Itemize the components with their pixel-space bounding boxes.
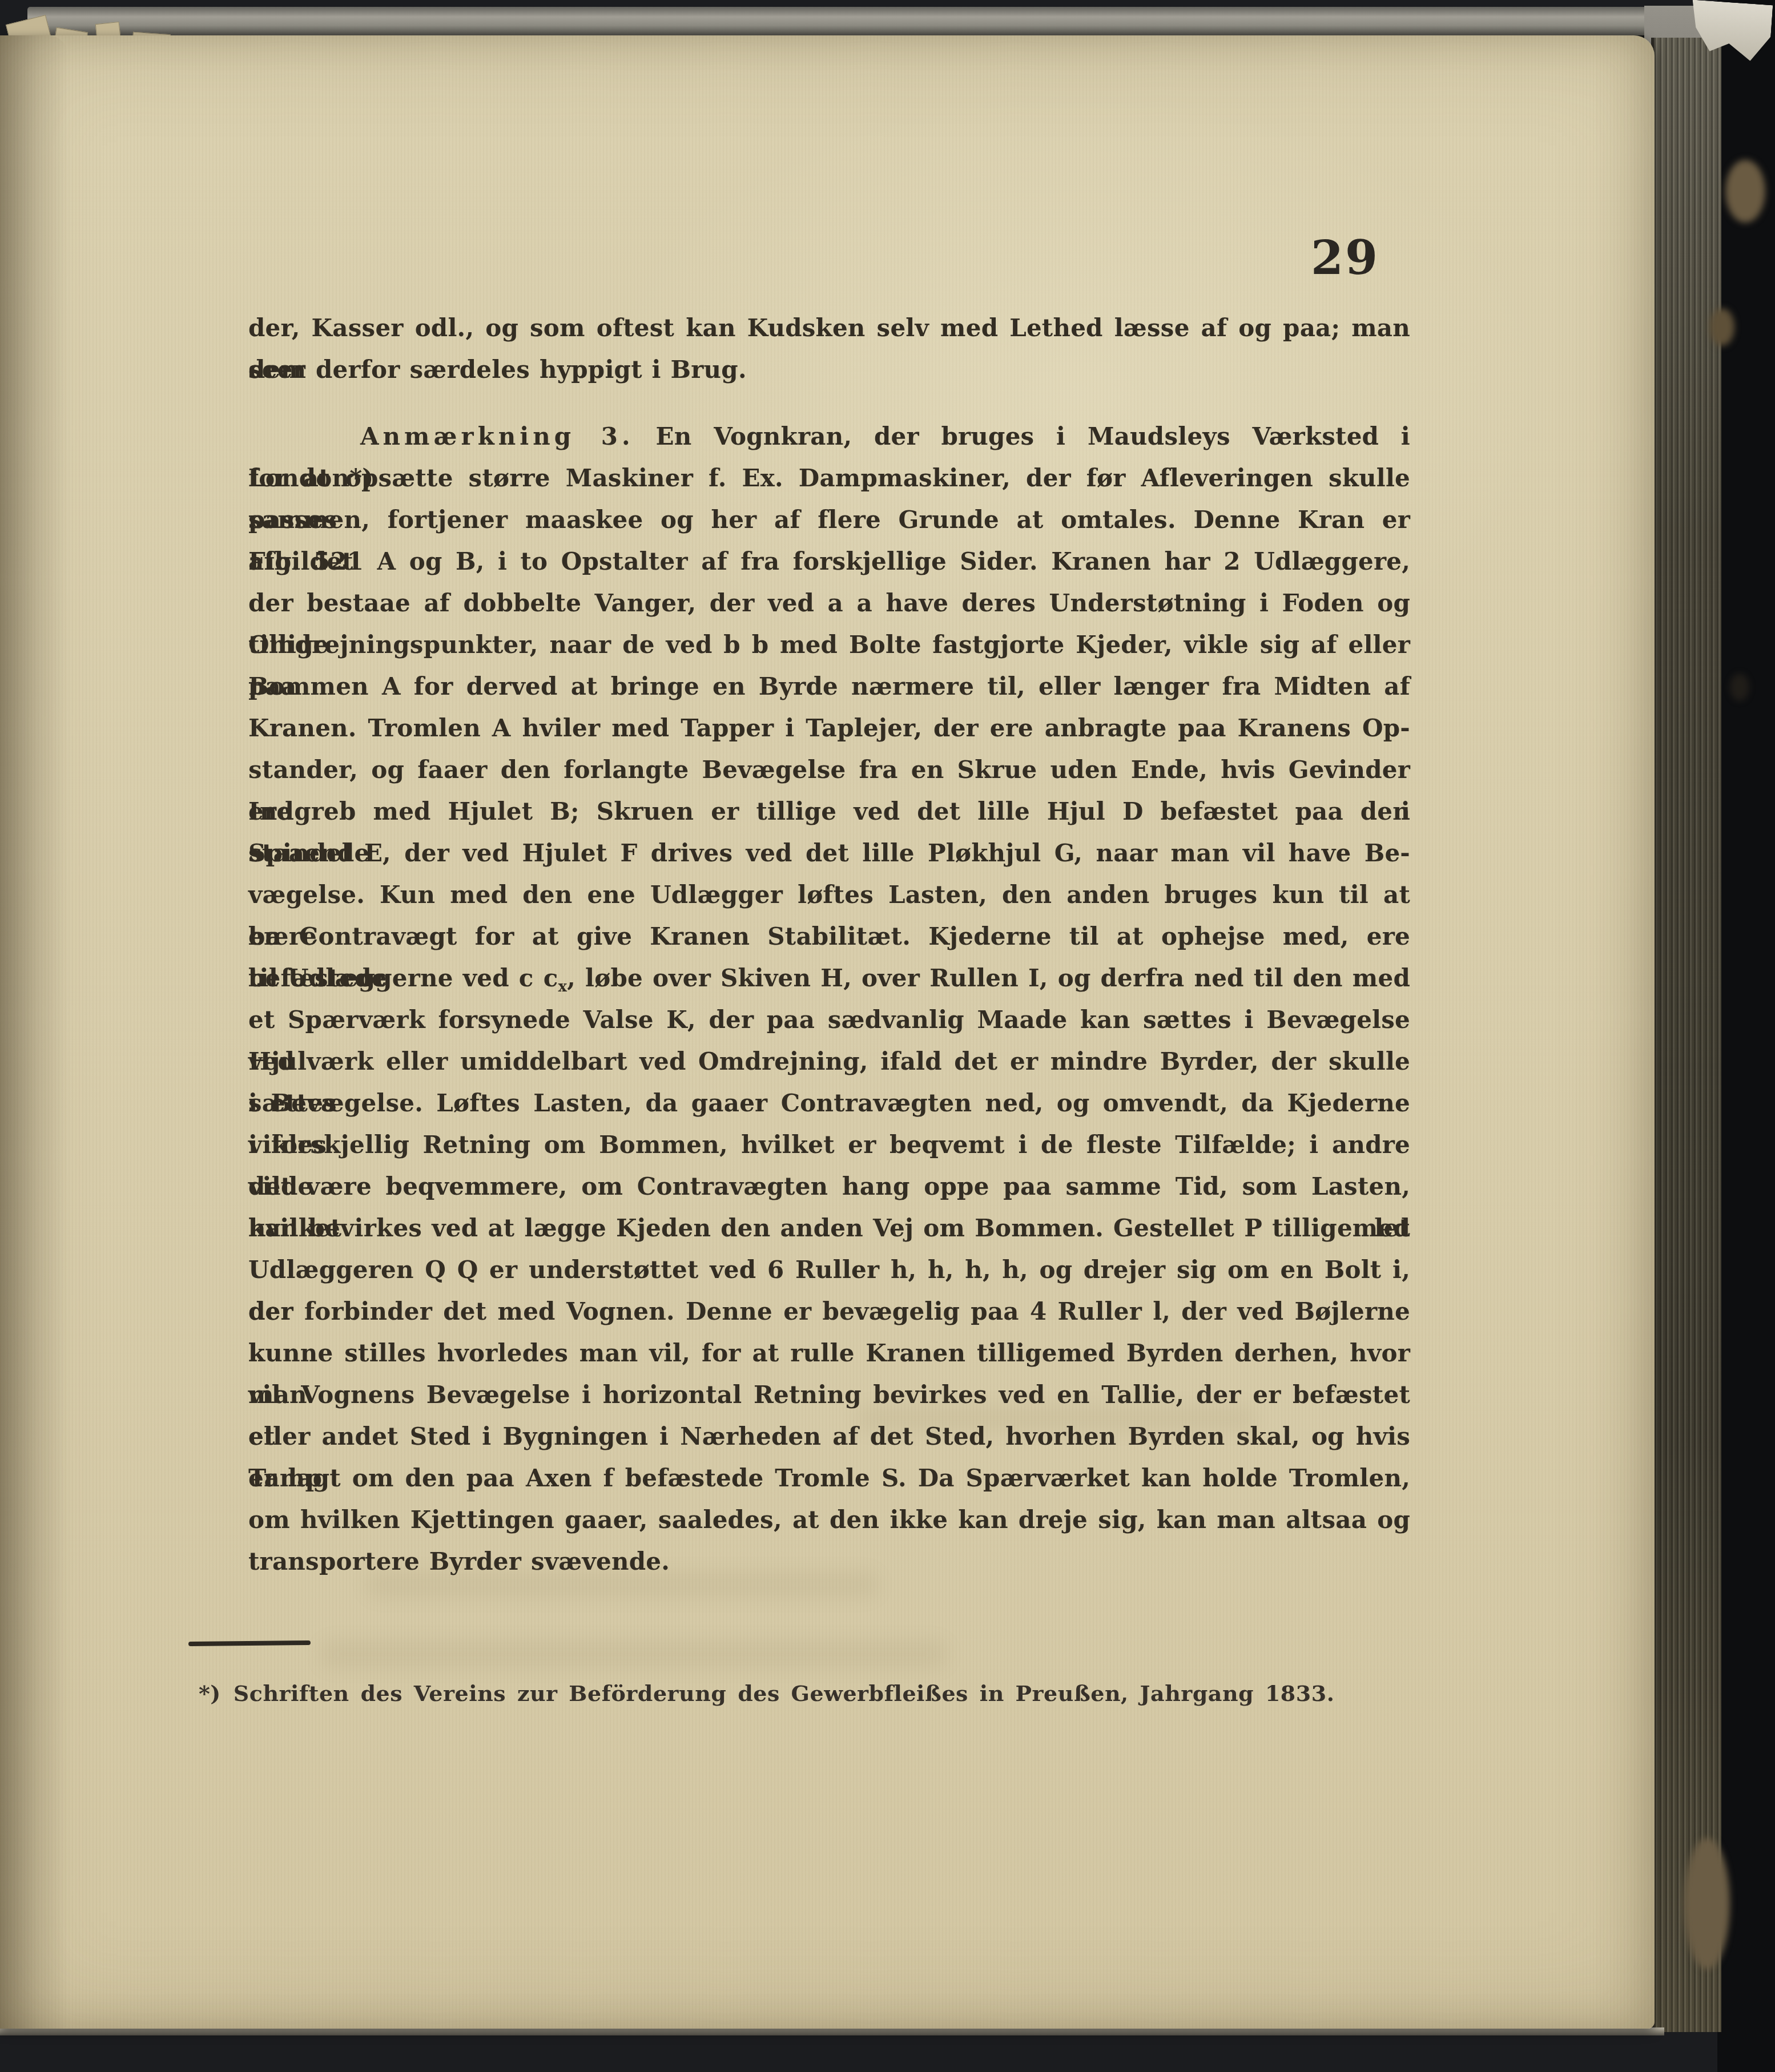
text-line: Spindel E, der ved Hjulet F drives ved d… [248, 832, 1410, 874]
text-line: Omdrejningspunkter, naar de ved b b med … [248, 624, 1410, 666]
text-line: vil. Vognens Bevægelse i horizontal Retn… [248, 1374, 1410, 1416]
text-line: et Spærværk forsynede Valse K, der paa s… [248, 999, 1410, 1041]
paragraph-heading-line: Anmærkning 3.En Vognkran, der bruges i M… [248, 416, 1410, 457]
book-page: 29 der, Kasser odl., og som oftest kan K… [0, 35, 1655, 2029]
page-number: 29 [1311, 231, 1396, 285]
stain [1725, 160, 1765, 223]
text-line: Bommen A for derved at bringe en Byrde n… [248, 666, 1410, 707]
text-span: , løbe over Skiven H, over Rullen I, og … [567, 964, 1410, 992]
text-line: stander, og faaer den forlangte Bevægels… [248, 749, 1410, 791]
text-line: Udlæggeren Q Q er understøttet ved 6 Rul… [248, 1249, 1410, 1291]
text-block: der, Kasser odl., og som oftest kan Kuds… [248, 307, 1410, 1582]
stain [1709, 308, 1734, 346]
footnote: *)Schriften des Vereins zur Beförderung … [199, 1677, 1398, 1710]
text-line: Fig. 521 A og B, i to Opstalter af fra f… [248, 541, 1410, 582]
text-line: transportere Byrder svævende. [248, 1541, 1410, 1582]
text-line: er lagt om den paa Axen f befæstede Trom… [248, 1457, 1410, 1499]
text-line: der forbinder det med Vognen. Denne er b… [248, 1291, 1410, 1332]
text-line: i Bevægelse. Løftes Lasten, da gaaer Con… [248, 1082, 1410, 1124]
footnote-marker: *) [199, 1680, 221, 1706]
text-line: det være beqvemmere, om Contravægten han… [248, 1166, 1410, 1207]
subscript-reference-letter: x [558, 978, 567, 995]
text-line: kunne stilles hvorledes man vil, for at … [248, 1332, 1410, 1374]
show-through [320, 1639, 948, 1669]
text-line: til Udlæggerne ved c cx, løbe over Skive… [248, 957, 1410, 999]
footnote-separator-rule [188, 1640, 311, 1646]
text-line: Hjulværk eller umiddelbart ved Omdrejnin… [248, 1041, 1410, 1082]
text-line: en Contravægt for at give Kranen Stabili… [248, 916, 1410, 957]
text-line: Indgreb med Hjulet B; Skruen er tillige … [248, 791, 1410, 832]
paragraph-gap [248, 390, 1410, 416]
text-line: Kranen. Tromlen A hviler med Tapper i Ta… [248, 707, 1410, 749]
text-line: der bestaae af dobbelte Vanger, der ved … [248, 582, 1410, 624]
text-line: eller andet Sted i Bygningen i Nærheden … [248, 1416, 1410, 1457]
text-line: sammen, fortjener maaskee og her af fler… [248, 499, 1410, 541]
text-line: der, Kasser odl., og som oftest kan Kuds… [248, 307, 1410, 349]
footnote-text: Schriften des Vereins zur Beförderung de… [234, 1680, 1335, 1706]
text-line: dem derfor særdeles hyppigt i Brug. [248, 349, 1410, 390]
text-line: kan bevirkes ved at lægge Kjeden den and… [248, 1207, 1410, 1249]
text-line: i forskjellig Retning om Bommen, hvilket… [248, 1124, 1410, 1166]
text-line: om hvilken Kjettingen gaaer, saaledes, a… [248, 1499, 1410, 1541]
paragraph-lead: Anmærkning 3. [360, 422, 634, 450]
text-span: til Udlæggerne ved c c [248, 964, 558, 992]
text-line: for at opsætte større Maskiner f. Ex. Da… [248, 457, 1410, 499]
scanned-book-photo: 29 der, Kasser odl., og som oftest kan K… [0, 0, 1775, 2072]
stain [1730, 674, 1749, 701]
gutter-shadow [0, 35, 69, 2029]
book-binding-edge [27, 7, 1743, 35]
stain [1684, 1838, 1730, 1969]
book-pages-bottom-edge [0, 2027, 1664, 2035]
text-line: vægelse. Kun med den ene Udlægger løftes… [248, 874, 1410, 916]
